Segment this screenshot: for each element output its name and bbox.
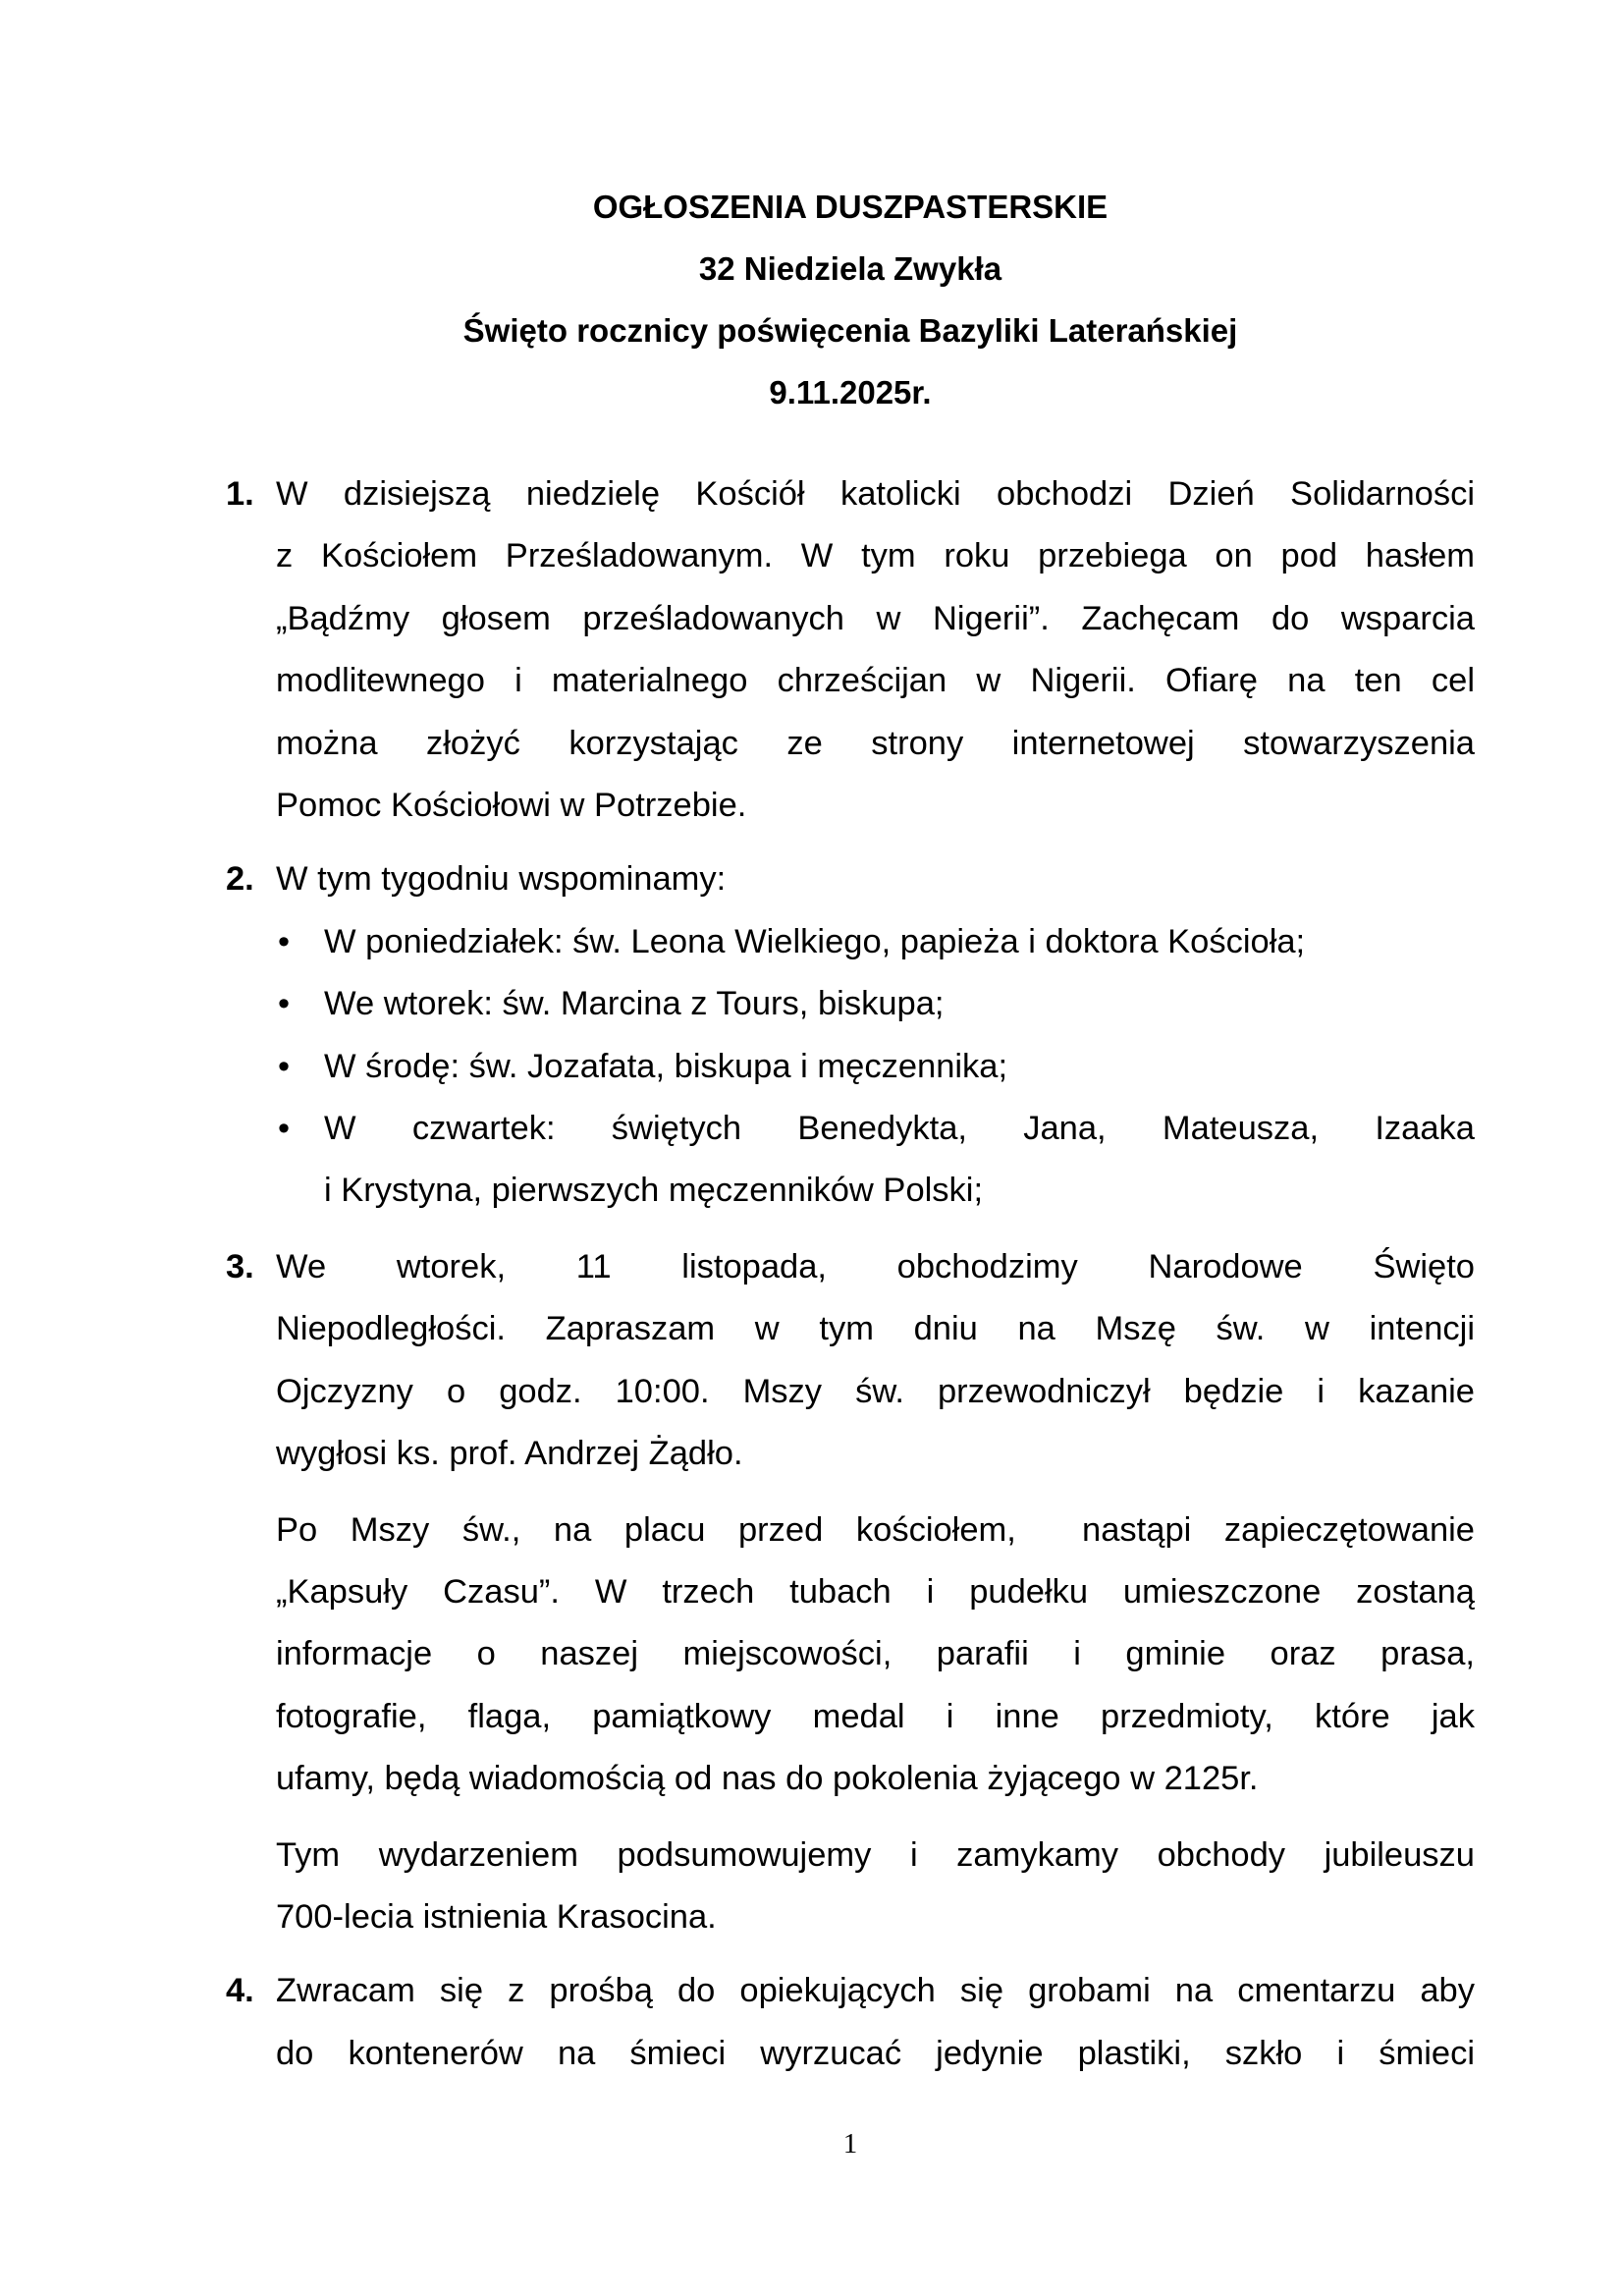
text-line: We wtorek, 11 listopada, obchodzimy Naro… [276,1236,1475,1298]
bullet-icon: • [277,1098,291,1160]
text-line: Pomoc Kościołowi w Potrzebie. [276,775,1475,837]
text-line: informacje o naszej miejscowości, parafi… [276,1623,1475,1685]
text-line: modlitewnego i materialnego chrześcijan … [276,650,1475,712]
feast-name: Święto rocznicy poświęcenia Bazyliki Lat… [226,300,1475,361]
item-number: 3. [226,1236,254,1298]
text-line: Zwracam się z prośbą do opiekujących się… [276,1960,1475,2022]
bullet-icon: • [277,973,291,1035]
item-intro: W tym tygodniu wspominamy: [276,848,1475,910]
text-line: W dzisiejszą niedzielę Kościół katolicki… [276,464,1475,525]
text-line: można złożyć korzystając ze strony inter… [276,713,1475,775]
text-line: Tym wydarzeniem podsumowujemy i zamykamy… [276,1825,1475,1886]
announcement-date: 9.11.2025r. [226,361,1475,423]
announcement-item: 4.Zwracam się z prośbą do opiekujących s… [226,1960,1475,2085]
text-line: W poniedziałek: św. Leona Wielkiego, pap… [324,911,1475,973]
bullet-item: •We wtorek: św. Marcina z Tours, biskupa… [276,973,1475,1035]
text-line: wygłosi ks. prof. Andrzej Żądło. [276,1423,1475,1485]
item-number: 4. [226,1960,254,2022]
paragraph: We wtorek, 11 listopada, obchodzimy Naro… [276,1236,1475,1486]
text-line: do kontenerów na śmieci wyrzucać jedynie… [276,2023,1475,2085]
text-line: W czwartek: świętych Benedykta, Jana, Ma… [324,1098,1475,1160]
text-line: „Kapsuły Czasu”. W trzech tubach i pudeł… [276,1561,1475,1623]
document-title: OGŁOSZENIA DUSZPASTERSKIE [226,176,1475,238]
announcement-item: 1.W dzisiejszą niedzielę Kościół katolic… [226,464,1475,837]
announcement-item: 3.We wtorek, 11 listopada, obchodzimy Na… [226,1236,1475,1948]
text-line: Ojczyzny o godz. 10:00. Mszy św. przewod… [276,1361,1475,1423]
text-line: „Bądźmy głosem prześladowanych w Nigerii… [276,588,1475,650]
bullet-item: •W czwartek: świętych Benedykta, Jana, M… [276,1098,1475,1223]
text-line: We wtorek: św. Marcina z Tours, biskupa; [324,973,1475,1035]
text-line: z Kościołem Prześladowanym. W tym roku p… [276,525,1475,587]
text-line: fotografie, flaga, pamiątkowy medal i in… [276,1686,1475,1748]
bullet-item: •W środę: św. Jozafata, biskupa i męczen… [276,1036,1475,1098]
text-line: Po Mszy św., na placu przed kościołem, n… [276,1500,1475,1561]
paragraph: W dzisiejszą niedzielę Kościół katolicki… [276,464,1475,837]
paragraph: Tym wydarzeniem podsumowujemy i zamykamy… [276,1825,1475,1949]
announcement-list: 1.W dzisiejszą niedzielę Kościół katolic… [226,464,1475,2097]
bullet-list: •W poniedziałek: św. Leona Wielkiego, pa… [276,911,1475,1223]
item-number: 2. [226,848,254,910]
announcement-item: 2.W tym tygodniu wspominamy:•W poniedzia… [226,848,1475,1222]
text-line: W środę: św. Jozafata, biskupa i męczenn… [324,1036,1475,1098]
paragraph: Zwracam się z prośbą do opiekujących się… [276,1960,1475,2085]
document-page: OGŁOSZENIA DUSZPASTERSKIE 32 Niedziela Z… [0,0,1623,2296]
liturgical-sunday: 32 Niedziela Zwykła [226,238,1475,300]
bullet-item: •W poniedziałek: św. Leona Wielkiego, pa… [276,911,1475,973]
text-line: Niepodległości. Zapraszam w tym dniu na … [276,1298,1475,1360]
announcement-header: OGŁOSZENIA DUSZPASTERSKIE 32 Niedziela Z… [226,176,1475,423]
bullet-icon: • [277,911,291,973]
text-line: ufamy, będą wiadomością od nas do pokole… [276,1748,1475,1810]
bullet-icon: • [277,1036,291,1098]
text-line: 700-lecia istnienia Krasocina. [276,1886,1475,1948]
text-line: i Krystyna, pierwszych męczenników Polsk… [324,1160,1475,1222]
paragraph: Po Mszy św., na placu przed kościołem, n… [276,1500,1475,1811]
item-number: 1. [226,464,254,525]
page-number: 1 [0,2127,1623,2160]
